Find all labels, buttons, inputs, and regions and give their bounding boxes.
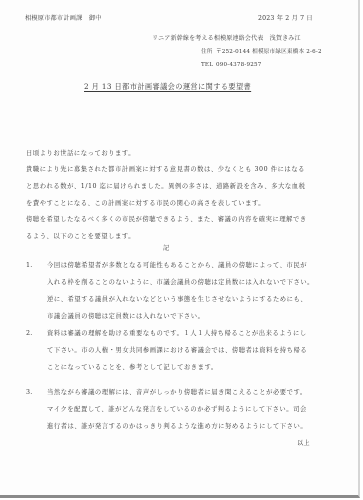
intro-line: を費やすことになる、この計画案に対する市民の関心の高さを表しています。: [26, 200, 265, 208]
item-line: 市議会議員の傍聴は定員数には入れないで下さい。: [47, 313, 204, 321]
item-line: 今回は傍聴希望者が多数となる可能性もあることから、議員の傍聴によって、市民が: [47, 262, 307, 270]
sender-tel-label: TEL: [201, 61, 213, 69]
item-line: 資料は審議の理解を助ける重要なものです。１人１人持ち帰ることが出来るようにし: [47, 330, 307, 338]
item-line: マイクを配置して、誰がどんな発言をしているのか必ず判るようにして下さい。司会: [47, 406, 307, 414]
item-number: 3.: [26, 389, 32, 397]
sender-organization: リニア新幹線を考える相模原連絡会代表 浅賀きみ江: [152, 35, 301, 43]
item-line: 入れる枠を削ることのないように、市議会議員の傍聴は定員数には入れないで下さい。: [47, 279, 314, 287]
item-line: ことになっていることを、参考として記しておきます。: [47, 364, 218, 372]
intro-line: 貴職により先に募集された都市計画案に対する意見書の数は、少なくとも 300 件に…: [26, 166, 305, 174]
item-line: 当然ながら審議の理解には、音声がしっかり傍聴者に届き聞こえることが必要です。: [47, 389, 307, 397]
addressee: 相模原市都市計画課 御中: [25, 15, 102, 23]
item-number: 2.: [26, 330, 32, 338]
sender-address: 〒252-0144 相模原市緑区東橋本 2-6-2: [216, 48, 322, 56]
item-line: 逆に、希望する議員が入れないなどという事態を生じさせないようにするためにも、: [47, 296, 307, 304]
item-number: 1.: [26, 262, 32, 270]
ki-heading: 記: [163, 245, 169, 253]
intro-line: るよう、以下のことを要望します。: [26, 233, 135, 241]
letter-date: 2023 年 2 月 7 日: [258, 15, 313, 23]
item-line: 進行者は、誰が発言するのかはっきり判るような進め方に努めるようにして下さい。: [47, 423, 307, 431]
intro-line: 傍聴を希望したなるべく多くの市民が傍聴できるよう、また、審議の内容を確実に理解で…: [26, 216, 307, 224]
sender-address-label: 住所: [201, 48, 213, 56]
letter-page: 相模原市都市計画課 御中 2023 年 2 月 7 日 リニア新幹線を考える相模…: [0, 0, 360, 498]
intro-line: 日頃よりお世話になっております。: [26, 150, 135, 158]
document-title: 2 月 13 日都市計画審議会の運営に関する要望書: [84, 83, 251, 91]
intro-line: と思われる数が、1/10 迄に届けられました。異例の多さは、道路新設を含み、多大…: [26, 183, 305, 191]
sender-tel: 090-4378-9257: [216, 61, 262, 69]
closing-text: 以上: [297, 440, 310, 448]
item-line: て下さい。市の人権・男女共同参画課における審議会では、傍聴者は資料を持ち帰る: [47, 347, 307, 355]
